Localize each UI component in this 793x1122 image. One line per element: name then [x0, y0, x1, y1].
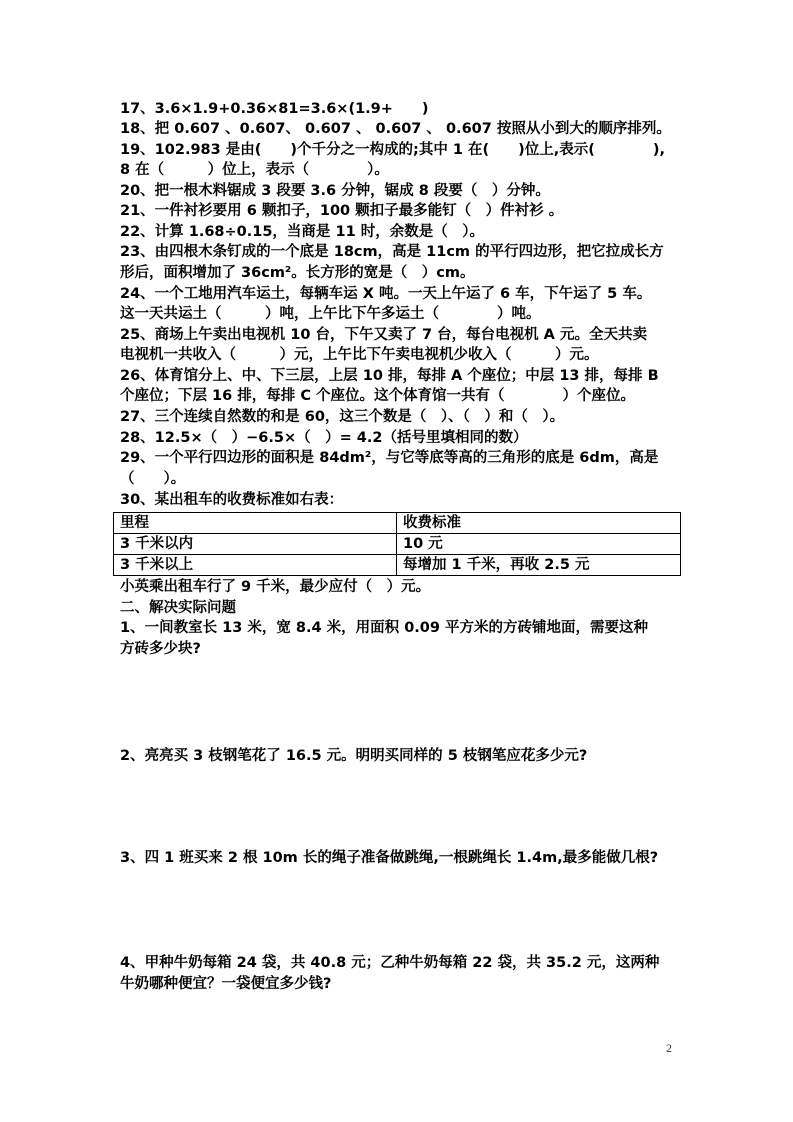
section-2-heading: 二、解决实际问题: [120, 598, 236, 618]
question-25-line2: 电视机一共收入（ ）元，上午比下午卖电视机少收入（ ）元。: [120, 345, 599, 365]
question-29-line1: 29、一个平行四边形的面积是 84dm²，与它等底等高的三角形的底是 6dm，高…: [120, 448, 658, 468]
cell-distance: 3 千米以内: [114, 534, 397, 555]
question-22: 22、计算 1.68÷0.15，当商是 11 时，余数是（ ）。: [120, 222, 484, 242]
question-26-line1: 26、体育馆分上、中、下三层，上层 10 排，每排 A 个座位；中层 13 排，…: [120, 366, 659, 386]
question-18: 18、把 0.607 、0.607、 0.607 、 0.607 、 0.607…: [120, 119, 671, 139]
worksheet-page: 17、3.6×1.9+0.36×81=3.6×(1.9+ ) 18、把 0.60…: [0, 0, 793, 1122]
question-19-line2: 8 在（ ）位上，表示（ ）。: [120, 160, 389, 180]
question-20: 20、把一根木料锯成 3 段要 3.6 分钟，锯成 8 段要（ ）分钟。: [120, 181, 550, 201]
cell-distance: 3 千米以上: [114, 555, 397, 576]
question-29-line2: （ ）。: [120, 469, 185, 489]
problem-2: 2、亮亮买 3 枝钢笔花了 16.5 元。明明买同样的 5 枝钢笔应花多少元?: [120, 746, 587, 766]
question-30-intro: 30、某出租车的收费标准如右表：: [120, 490, 343, 510]
problem-1-line1: 1、一间教室长 13 米，宽 8.4 米，用面积 0.09 平方米的方砖铺地面，…: [120, 618, 648, 638]
question-28: 28、12.5×（ ）−6.5×（ ）= 4.2（括号里填相同的数）: [120, 428, 527, 448]
problem-1-line2: 方砖多少块?: [120, 639, 201, 659]
question-30-question: 小英乘出租车行了 9 千米，最少应付（ ）元。: [120, 577, 430, 597]
question-24-line2: 这一天共运土（ ）吨，上午比下午多运土（ ）吨。: [120, 304, 541, 324]
question-19-line1: 19、102.983 是由( )个千分之一构成的;其中 1 在( )位上,表示(…: [120, 140, 665, 160]
cell-fare: 每增加 1 千米，再收 2.5 元: [397, 555, 681, 576]
problem-4-line2: 牛奶哪种便宜？一袋便宜多少钱?: [120, 974, 331, 994]
question-26-line2: 个座位；下层 16 排，每排 C 个座位。这个体育馆一共有（ ）个座位。: [120, 386, 635, 406]
taxi-fare-table: 里程 收费标准 3 千米以内 10 元 3 千米以上 每增加 1 千米，再收 2…: [113, 512, 681, 576]
question-23-line2: 形后，面积增加了 36cm²。长方形的宽是（ ）cm。: [120, 263, 474, 283]
cell-fare: 10 元: [397, 534, 681, 555]
problem-4-line1: 4、甲种牛奶每箱 24 袋，共 40.8 元；乙种牛奶每箱 22 袋，共 35.…: [120, 953, 659, 973]
question-24-line1: 24、一个工地用汽车运土，每辆车运 X 吨。一天上午运了 6 车，下午运了 5 …: [120, 284, 651, 304]
table-row: 3 千米以上 每增加 1 千米，再收 2.5 元: [114, 555, 681, 576]
question-25-line1: 25、商场上午卖出电视机 10 台，下午又卖了 7 台，每台电视机 A 元。全天…: [120, 325, 647, 345]
question-17: 17、3.6×1.9+0.36×81=3.6×(1.9+ ): [120, 99, 429, 119]
header-distance: 里程: [114, 513, 397, 534]
table-header-row: 里程 收费标准: [114, 513, 681, 534]
question-23-line1: 23、由四根木条钉成的一个底是 18cm，高是 11cm 的平行四边形，把它拉成…: [120, 242, 664, 262]
table-row: 3 千米以内 10 元: [114, 534, 681, 555]
header-fare: 收费标准: [397, 513, 681, 534]
problem-3: 3、四 1 班买来 2 根 10m 长的绳子准备做跳绳,一根跳绳长 1.4m,最…: [120, 848, 658, 868]
page-number: 2: [666, 1041, 672, 1056]
question-27: 27、三个连续自然数的和是 60，这三个数是（ ）、（ ）和（ ）。: [120, 407, 564, 427]
question-21: 21、一件衬衫要用 6 颗扣子，100 颗扣子最多能钉（ ）件衬衫 。: [120, 201, 563, 221]
